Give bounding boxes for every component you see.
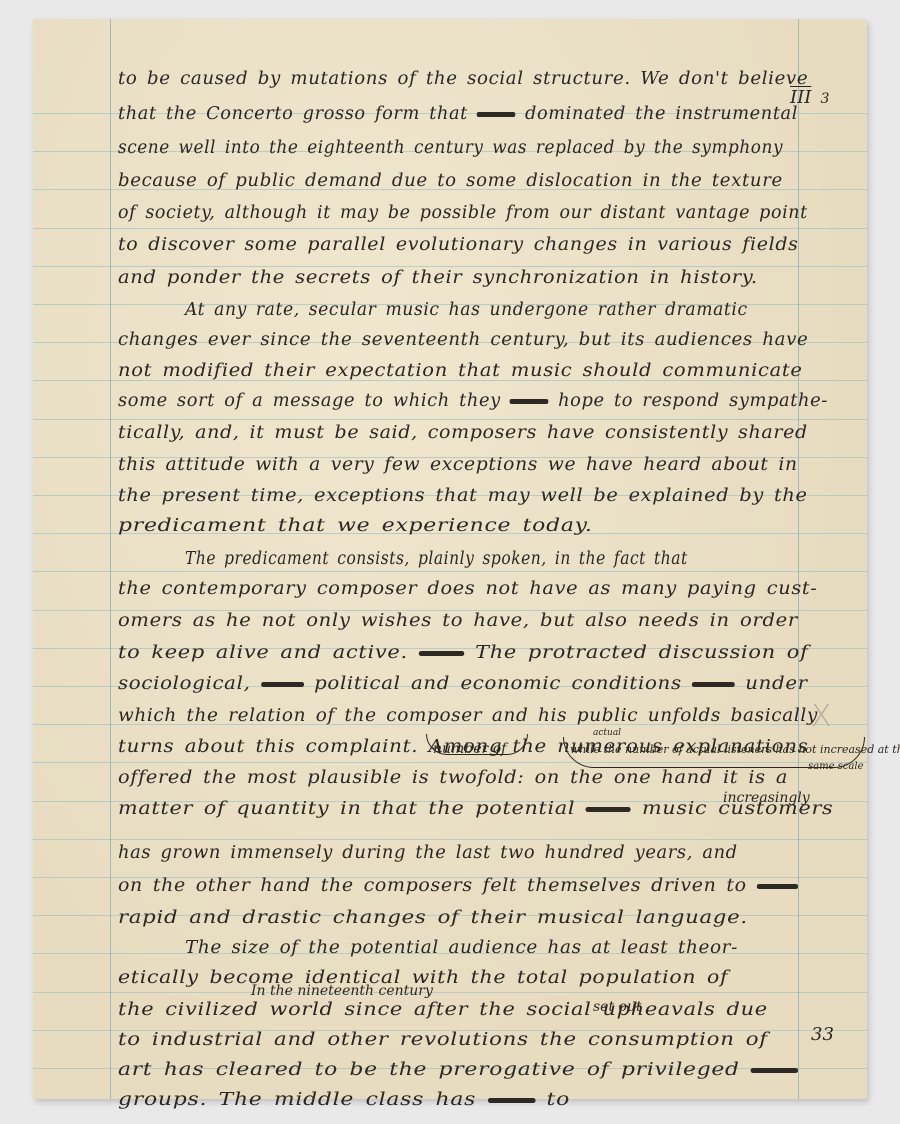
struck-out-word [477, 112, 516, 117]
manuscript-line: to industrial and other revolutions the … [118, 1030, 768, 1050]
struck-out-word [261, 682, 304, 687]
struck-out-word [510, 399, 549, 404]
manuscript-line: of society, although it may be possible … [118, 203, 808, 223]
manuscript-line: omers as he not only wishes to have, but… [118, 611, 798, 631]
ruled-line [33, 228, 867, 229]
manuscript-line: the present time, exceptions that may we… [118, 486, 808, 506]
insertion-increasingly: increasingly [723, 790, 810, 806]
ruled-line [33, 992, 867, 993]
manuscript-line: sociological, political and economic con… [118, 674, 808, 694]
margin-x-mark: X [811, 699, 832, 734]
manuscript-line: rapid and drastic changes of their music… [118, 908, 748, 928]
manuscript-line: to be caused by mutations of the social … [118, 69, 808, 89]
manuscript-line: to keep alive and active. The protracted… [118, 643, 809, 663]
manuscript-line: The size of the potential audience has a… [185, 938, 738, 958]
manuscript-line: has grown immensely during the last two … [118, 843, 738, 863]
struck-out-word [692, 682, 735, 687]
manuscript-line: groups. The middle class has to [118, 1090, 570, 1110]
left-margin-line [110, 19, 111, 1099]
insertion-set-out: set out [593, 999, 642, 1015]
ruled-line [33, 419, 867, 420]
manuscript-line: the civilized world since after the soci… [118, 1000, 768, 1020]
struck-out-word [586, 807, 631, 812]
struck-out-word [757, 884, 798, 889]
manuscript-line: At any rate, secular music has undergone… [185, 300, 748, 320]
manuscript-line: because of public demand due to some dis… [118, 171, 783, 191]
ruled-line [33, 839, 867, 840]
manuscript-line: some sort of a message to which they hop… [118, 391, 828, 411]
manuscript-line: that the Concerto grosso form that domin… [118, 104, 798, 124]
struck-out-word [751, 1068, 798, 1073]
manuscript-line: which the relation of the composer and h… [118, 706, 818, 726]
manuscript-line: art has cleared to be the prerogative of… [118, 1060, 798, 1080]
struck-out-word [419, 651, 464, 656]
manuscript-line: scene well into the eighteenth century w… [118, 138, 783, 158]
manuscript-page: III 3 to be caused by mutations of the s… [33, 19, 867, 1099]
page-number: 33 [811, 1024, 834, 1045]
insertion-nineteenth-century: In the nineteenth century [251, 983, 433, 999]
ruled-line [33, 571, 867, 572]
insertion-bracket [426, 734, 528, 755]
manuscript-line: to discover some parallel evolutionary c… [118, 235, 799, 255]
manuscript-line: this attitude with a very few exceptions… [118, 455, 798, 475]
manuscript-line: not modified their expectation that musi… [118, 361, 803, 381]
manuscript-line: on the other hand the composers felt the… [118, 876, 798, 896]
manuscript-line: changes ever since the seventeenth centu… [118, 330, 808, 350]
manuscript-line: tically, and, it must be said, composers… [118, 423, 808, 443]
right-margin-line [798, 19, 799, 1099]
manuscript-line: predicament that we experience today. [118, 516, 593, 536]
struck-out-word [488, 1098, 536, 1103]
ruled-line [33, 266, 867, 267]
insertion-same-scale: same scale [808, 761, 863, 772]
manuscript-line: The predicament consists, plainly spoken… [185, 549, 688, 569]
manuscript-line: and ponder the secrets of their synchron… [118, 268, 758, 288]
manuscript-line: the contemporary composer does not have … [118, 579, 817, 599]
manuscript-line: offered the most plausible is twofold: o… [118, 768, 788, 788]
